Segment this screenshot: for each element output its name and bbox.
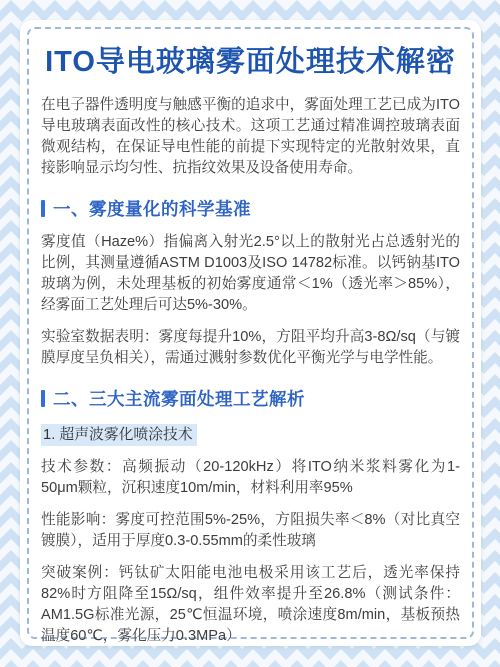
section-1-paragraph-2: 实验室数据表明：雾度每提升10%，方阻平均升高3-8Ω/sq（与镀膜厚度呈负相关… (41, 327, 460, 369)
intro-paragraph: 在电子器件透明度与触感平衡的追求中，雾面处理工艺已成为ITO导电玻璃表面改性的核… (41, 95, 460, 179)
section-1-heading-text: 一、雾度量化的科学基准 (53, 196, 251, 221)
card-content: ITO导电玻璃雾面处理技术解密 在电子器件透明度与触感平衡的追求中，雾面处理工艺… (20, 20, 481, 646)
section-2-subheading: 1. 超声波雾化喷涂技术 (41, 424, 460, 446)
section-1-paragraph-1: 雾度值（Haze%）指偏离入射光2.5°以上的散射光占总透射光的比例，其测量遵循… (41, 232, 460, 316)
section-2-paragraph-performance: 性能影响：雾度可控范围5%-25%，方阻损失率＜8%（对比真空镀膜），适用于厚度… (41, 510, 460, 552)
heading-accent-bar (41, 200, 45, 217)
section-2-paragraph-case: 突破案例：钙钛矿太阳能电池电极采用该工艺后，透光率保持82%时方阻降至15Ω/s… (41, 563, 460, 646)
heading-accent-bar (41, 390, 45, 407)
section-2-heading: 二、三大主流雾面处理工艺解析 (41, 386, 460, 411)
content-card: ITO导电玻璃雾面处理技术解密 在电子器件透明度与触感平衡的追求中，雾面处理工艺… (20, 20, 481, 646)
page-title: ITO导电玻璃雾面处理技术解密 (41, 44, 460, 81)
section-2-subheading-text: 1. 超声波雾化喷涂技术 (41, 424, 197, 446)
section-1-heading: 一、雾度量化的科学基准 (41, 196, 460, 221)
section-2-paragraph-tech-params: 技术参数：高频振动（20-120kHz）将ITO纳米浆料雾化为1-50μm颗粒，… (41, 457, 460, 499)
section-2-heading-text: 二、三大主流雾面处理工艺解析 (53, 386, 305, 411)
page-background: ITO导电玻璃雾面处理技术解密 在电子器件透明度与触感平衡的追求中，雾面处理工艺… (0, 0, 500, 667)
